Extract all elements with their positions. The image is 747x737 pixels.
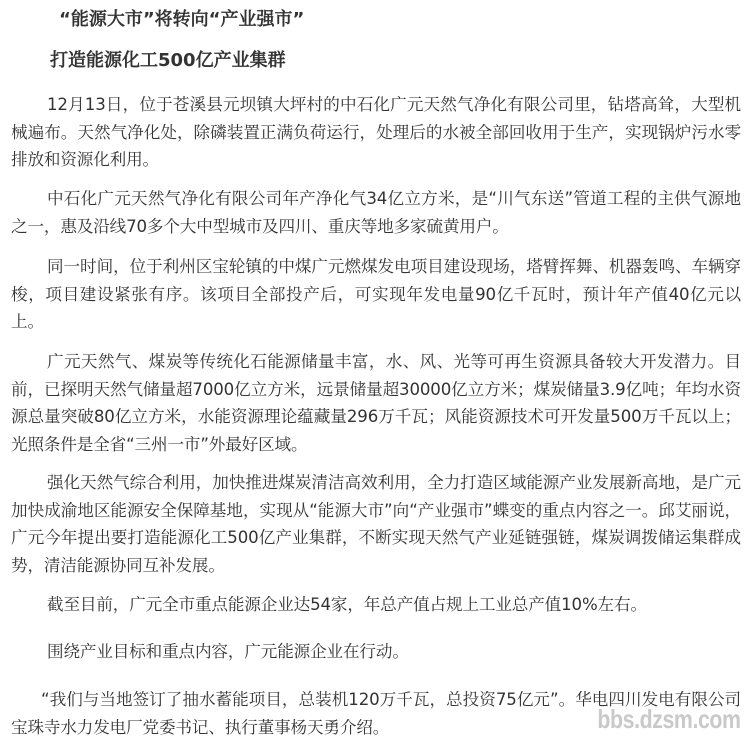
paragraph-strategy: 强化天然气综合利用，加快推进煤炭清洁高效利用，全力打造区域能源产业发展新高地，是… — [11, 469, 741, 579]
paragraph-coal-power-project: 同一时间，位于利州区宝轮镇的中煤广元燃煤发电项目建设现场，塔臂挥舞、机器轰鸣、车… — [11, 253, 741, 336]
paragraph-enterprises-acting: 围绕产业目标和重点内容，广元能源企业在行动。 — [11, 638, 741, 666]
section-heading-industry-cluster: 打造能源化工500亿产业集群 — [11, 49, 286, 73]
paragraph-resource-reserves: 广元天然气、煤炭等传统化石能源储量丰富，水、风、光等可再生资源具备较大开发潜力。… — [11, 348, 741, 458]
paragraph-gas-output: 中石化广元天然气净化有限公司年产净化气34亿立方米，是“川气东送”管道工程的主供… — [11, 185, 741, 240]
paragraph-enterprise-count: 截至目前，广元全市重点能源企业达54家，年总产值占规上工业总产值10%左右。 — [11, 591, 741, 619]
site-watermark: bbs.dzsm.com — [598, 704, 741, 735]
section-heading-energy-city: “能源大市”将转向“产业强市” — [11, 8, 304, 32]
paragraph-natural-gas-plant: 12月13日，位于苍溪县元坝镇大坪村的中石化广元天然气净化有限公司里，钻塔高耸，… — [11, 91, 741, 174]
